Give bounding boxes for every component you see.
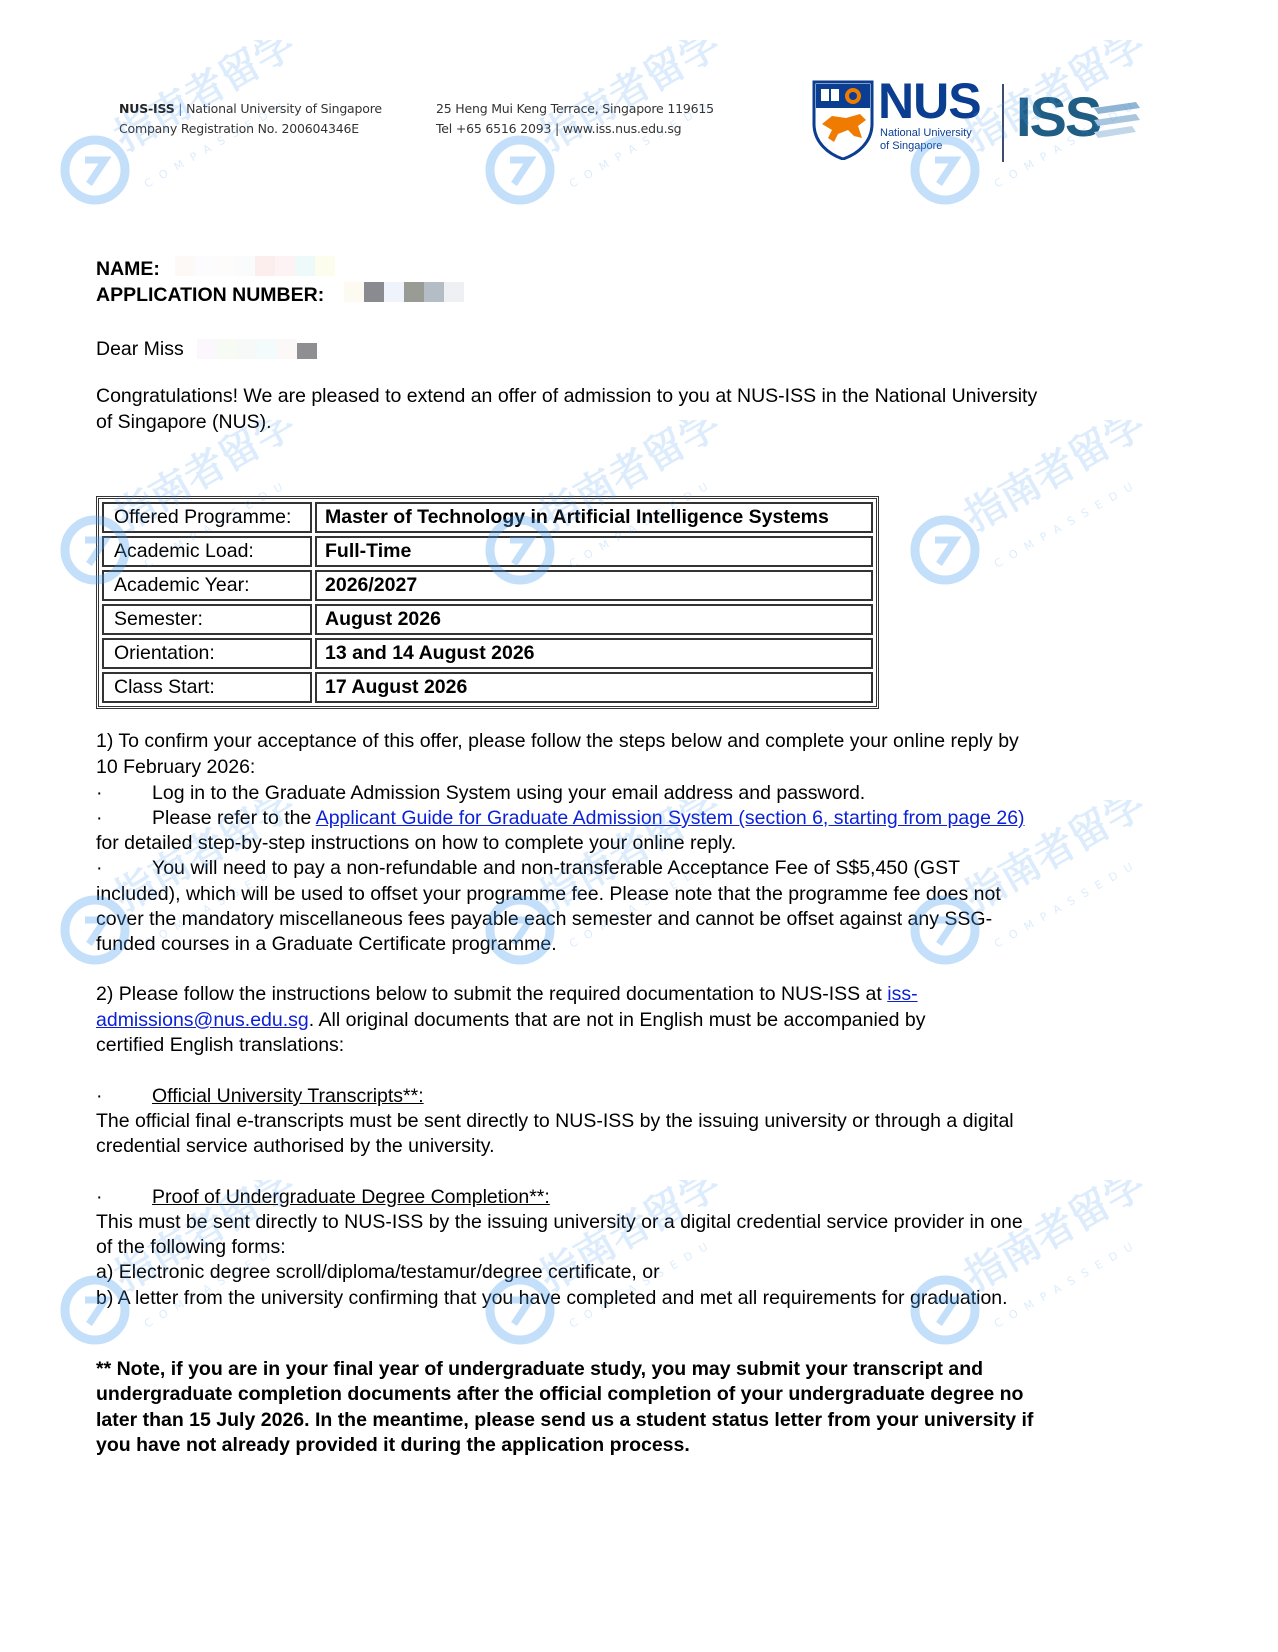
- intro-line-2: of Singapore (NUS).: [96, 409, 272, 436]
- redacted-surname: [197, 333, 317, 367]
- transcripts-heading: ·Official University Transcripts**:: [96, 1083, 424, 1110]
- salutation: Dear Miss: [96, 333, 317, 367]
- logo-divider: [1002, 84, 1004, 162]
- row-label: Orientation:: [102, 638, 312, 669]
- table-row: Semester:August 2026: [102, 604, 873, 635]
- row-value: 17 August 2026: [315, 672, 873, 703]
- offer-letter-page: NUS-ISS | National University of Singapo…: [0, 0, 1278, 1652]
- row-value: 2026/2027: [315, 570, 873, 601]
- row-value: August 2026: [315, 604, 873, 635]
- row-value: Master of Technology in Artificial Intel…: [315, 502, 873, 533]
- proof-heading: ·Proof of Undergraduate Degree Completio…: [96, 1184, 550, 1211]
- table-row: Academic Load:Full-Time: [102, 536, 873, 567]
- table-row: Orientation:13 and 14 August 2026: [102, 638, 873, 669]
- iss-wordmark: ISS: [1016, 84, 1100, 149]
- redacted-application-number: [344, 282, 464, 310]
- bullet-login: ·Log in to the Graduate Admission System…: [96, 780, 865, 807]
- row-label: Academic Year:: [102, 570, 312, 601]
- org-full-name: National University of Singapore: [186, 101, 382, 116]
- transcripts-line-1: The official final e-transcripts must be…: [96, 1108, 1014, 1135]
- row-label: Class Start:: [102, 672, 312, 703]
- table-row: Offered Programme:Master of Technology i…: [102, 502, 873, 533]
- section2-line-3: certified English translations:: [96, 1032, 344, 1059]
- registration-number: Company Registration No. 200604346E: [119, 119, 382, 139]
- svg-text:COMPASSEDU: COMPASSEDU: [992, 856, 1143, 951]
- proof-option-b: b) A letter from the university confirmi…: [96, 1285, 1008, 1312]
- note-line-4: you have not already provided it during …: [96, 1432, 690, 1459]
- bullet-guide: ·Please refer to the Applicant Guide for…: [96, 805, 1025, 832]
- email-link-part2[interactable]: admissions@nus.edu.sg: [96, 1009, 309, 1031]
- address: 25 Heng Mui Keng Terrace, Singapore 1196…: [436, 99, 714, 119]
- nus-iss-logo: NUS National University of Singapore ISS: [812, 80, 1152, 170]
- row-value: Full-Time: [315, 536, 873, 567]
- nus-crest-icon: [812, 80, 874, 160]
- fee-line-4: funded courses in a Graduate Certificate…: [96, 931, 557, 958]
- svg-text:指南者留学: 指南者留学: [957, 1180, 1153, 1301]
- row-label: Semester:: [102, 604, 312, 635]
- fee-line-3: cover the mandatory miscellaneous fees p…: [96, 906, 992, 933]
- proof-line-1: This must be sent directly to NUS-ISS by…: [96, 1209, 1023, 1236]
- fee-line-2: included), which will be used to offset …: [96, 881, 1001, 908]
- reply-deadline: 10 February 2026:: [96, 754, 255, 781]
- bullet-guide-cont: for detailed step-by-step instructions o…: [96, 830, 736, 857]
- name-label: NAME:: [96, 256, 335, 284]
- note-line-1: ** Note, if you are in your final year o…: [96, 1356, 983, 1383]
- svg-text:指南者留学: 指南者留学: [957, 420, 1153, 541]
- org-info: NUS-ISS | National University of Singapo…: [119, 99, 382, 139]
- table-row: Class Start:17 August 2026: [102, 672, 873, 703]
- email-link-part1[interactable]: iss-: [887, 983, 917, 1005]
- note-line-2: undergraduate completion documents after…: [96, 1381, 1023, 1408]
- applicant-guide-link[interactable]: Applicant Guide for Graduate Admission S…: [316, 807, 1025, 829]
- org-contact: 25 Heng Mui Keng Terrace, Singapore 1196…: [436, 99, 714, 139]
- application-number-label: APPLICATION NUMBER:: [96, 282, 464, 310]
- row-label: Offered Programme:: [102, 502, 312, 533]
- note-line-3: later than 15 July 2026. In the meantime…: [96, 1407, 1033, 1434]
- proof-line-2: of the following forms:: [96, 1234, 286, 1261]
- section2-line-1: 2) Please follow the instructions below …: [96, 981, 918, 1008]
- proof-option-a: a) Electronic degree scroll/diploma/test…: [96, 1259, 660, 1286]
- redacted-name: [175, 256, 335, 284]
- offer-details-table: Offered Programme:Master of Technology i…: [96, 496, 879, 709]
- section1-line-1: 1) To confirm your acceptance of this of…: [96, 728, 1019, 755]
- nus-subtitle: National University of Singapore: [880, 127, 972, 153]
- contact-line: Tel +65 6516 2093 | www.iss.nus.edu.sg: [436, 119, 714, 139]
- nus-wordmark: NUS: [878, 72, 981, 130]
- intro-line-1: Congratulations! We are pleased to exten…: [96, 383, 1037, 410]
- bullet-fee: ·You will need to pay a non-refundable a…: [96, 855, 960, 882]
- svg-text:COMPASSEDU: COMPASSEDU: [992, 476, 1143, 571]
- iss-stripes-icon: [1092, 102, 1142, 142]
- org-name: NUS-ISS: [119, 101, 175, 116]
- svg-text:COMPASSEDU: COMPASSEDU: [992, 1236, 1143, 1331]
- section2-line-2: admissions@nus.edu.sg. All original docu…: [96, 1007, 926, 1034]
- watermark-logo-icon: 指南者留学COMPASSEDU: [905, 420, 1165, 590]
- row-label: Academic Load:: [102, 536, 312, 567]
- transcripts-line-2: credential service authorised by the uni…: [96, 1133, 495, 1160]
- watermark-logo-icon: 指南者留学COMPASSEDU: [905, 1180, 1165, 1350]
- table-row: Academic Year:2026/2027: [102, 570, 873, 601]
- row-value: 13 and 14 August 2026: [315, 638, 873, 669]
